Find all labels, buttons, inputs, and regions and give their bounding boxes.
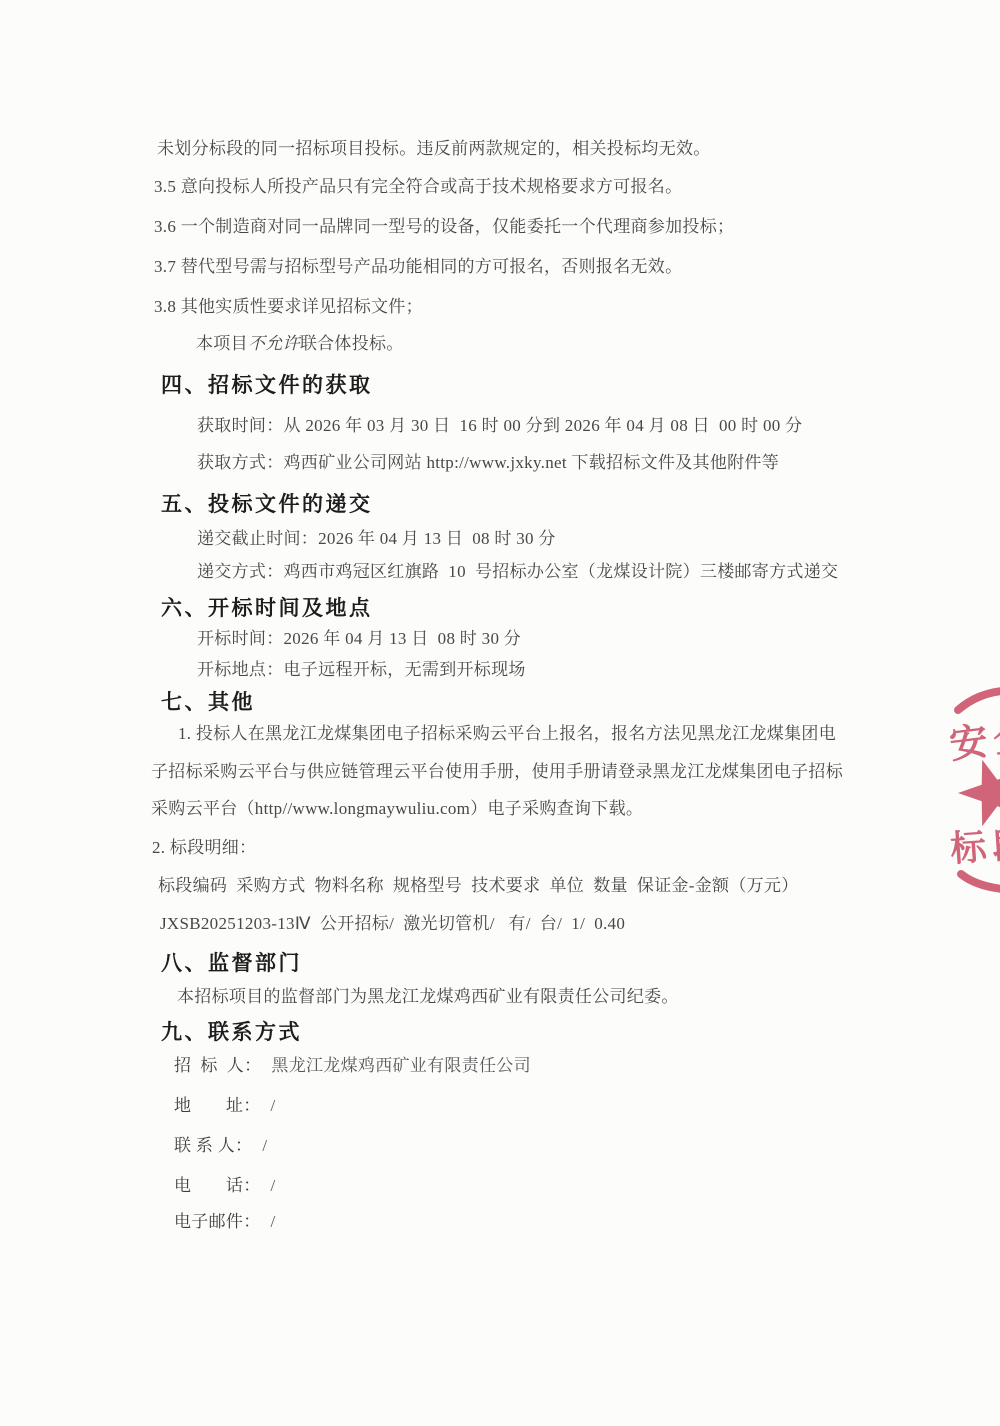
note-suffix: 联合体投标。 — [300, 334, 404, 353]
section5-method: 递交方式：鸡西市鸡冠区红旗路 10 号招标办公室（龙煤设计院）三楼邮寄方式递交 — [197, 562, 838, 582]
contact-row-bidder: 招 标 人：黑龙江龙煤鸡西矿业有限责任公司 — [174, 1056, 531, 1076]
contact-row-address: 地 址：/ — [174, 1096, 276, 1116]
contact-label: 招 标 人： — [174, 1056, 261, 1075]
contact-value: / — [261, 1212, 276, 1231]
section5-heading: 五、投标文件的递交 — [161, 488, 373, 518]
clause-line: 3.8 其他实质性要求详见招标文件； — [154, 297, 423, 317]
contact-row-phone: 电 话：/ — [174, 1176, 276, 1196]
clause-line: 3.6 一个制造商对同一品牌同一型号的设备，仅能委托一个代理商参加投标； — [154, 217, 734, 237]
clause-line: 3.5 意向投标人所投产品只有完全符合或高于技术规格要求方可报名。 — [154, 177, 682, 197]
contact-row-email: 电子邮件：/ — [174, 1212, 276, 1232]
lot-table-header: 标段编码 采购方式 物料名称 规格型号 技术要求 单位 数量 保证金-金额（万元… — [158, 876, 799, 896]
contact-value: / — [252, 1136, 267, 1155]
seal-bottom-arc — [961, 874, 1000, 889]
contact-value: 黑龙江龙煤鸡西矿业有限责任公司 — [261, 1056, 531, 1075]
contact-value: / — [261, 1096, 276, 1115]
document-page: 未划分标段的同一招标项目投标。违反前两款规定的，相关投标均无效。 3.5 意向投… — [0, 0, 1000, 1426]
note-emphasis: 不允许 — [248, 334, 300, 353]
contact-label: 电子邮件： — [174, 1212, 261, 1231]
section6-heading: 六、开标时间及地点 — [161, 592, 373, 622]
contact-label: 电 话： — [174, 1176, 261, 1195]
section7-paragraph-line: 1. 投标人在黑龙江龙煤集团电子招标采购云平台上报名，报名方法见黑龙江龙煤集团电 — [178, 724, 836, 744]
section8-body: 本招标项目的监督部门为黑龙江龙煤鸡西矿业有限责任公司纪委。 — [177, 987, 679, 1007]
lot-detail-label: 2. 标段明细： — [152, 838, 256, 858]
note-prefix: 本项目 — [196, 334, 248, 353]
seal-text-bottom: 标段 — [949, 822, 1000, 869]
lot-table-row: JXSB20251203-13Ⅳ 公开招标/ 激光切管机/ 有/ 台/ 1/ 0… — [160, 914, 625, 934]
contact-label: 地 址： — [174, 1096, 261, 1115]
section7-heading: 七、其他 — [161, 686, 255, 716]
clause-line: 未划分标段的同一招标项目投标。违反前两款规定的，相关投标均无效。 — [157, 139, 711, 159]
section6-time: 开标时间：2026 年 04 月 13 日 08 时 30 分 — [197, 629, 521, 649]
section8-heading: 八、监督部门 — [161, 947, 302, 977]
section7-paragraph-line: 子招标采购云平台与供应链管理云平台使用手册，使用手册请登录黑龙江龙煤集团电子招标 — [151, 762, 843, 782]
red-seal-stamp: 安全 标段 — [948, 668, 1000, 900]
star-icon — [958, 760, 1000, 827]
clause-line: 3.7 替代型号需与招标型号产品功能相同的方可报名，否则报名无效。 — [154, 257, 682, 277]
section4-method: 获取方式：鸡西矿业公司网站 http://www.jxky.net 下载招标文件… — [197, 453, 779, 473]
section9-heading: 九、联系方式 — [161, 1016, 302, 1046]
contact-value: / — [261, 1176, 276, 1195]
seal-text-top: 安全 — [948, 715, 1000, 767]
joint-venture-note: 本项目不允许联合体投标。 — [196, 334, 404, 354]
contact-label: 联 系 人： — [174, 1136, 252, 1155]
section5-deadline: 递交截止时间：2026 年 04 月 13 日 08 时 30 分 — [197, 529, 556, 549]
section4-heading: 四、招标文件的获取 — [161, 369, 373, 399]
section6-place: 开标地点：电子远程开标，无需到开标现场 — [197, 660, 526, 680]
contact-row-person: 联 系 人：/ — [174, 1136, 267, 1156]
section7-paragraph-line: 采购云平台（http//www.longmaywuliu.com）电子采购查询下… — [151, 799, 643, 819]
section4-time: 获取时间：从 2026 年 03 月 30 日 16 时 00 分到 2026 … — [197, 416, 802, 436]
seal-top-arc — [958, 691, 1000, 710]
